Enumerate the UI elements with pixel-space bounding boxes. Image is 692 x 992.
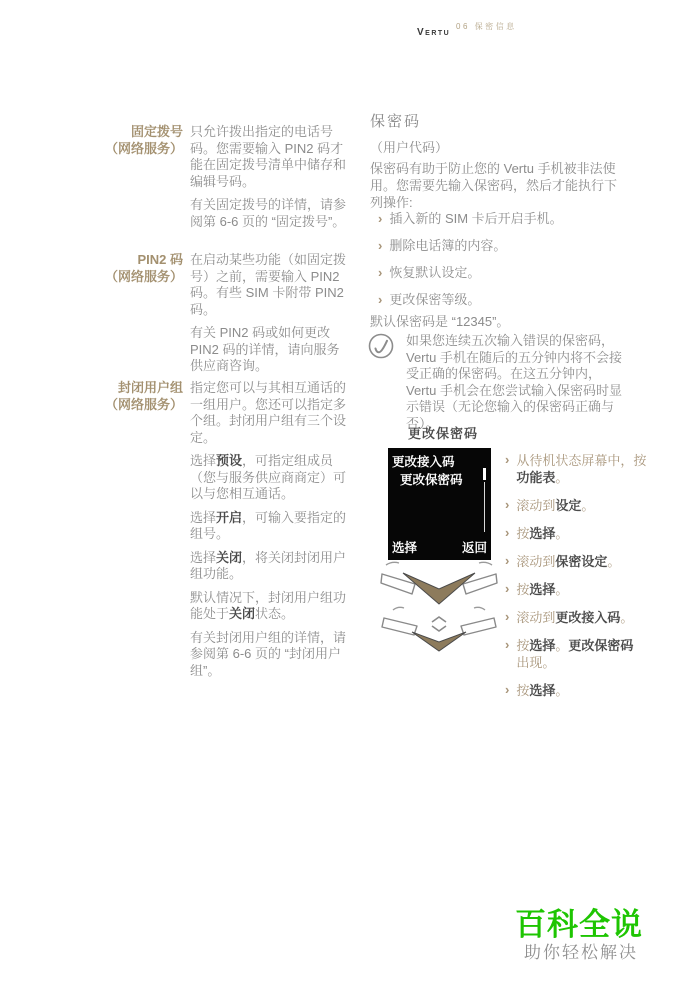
step-item: › 滚动到设定。	[505, 497, 680, 514]
step-bullet-icon: ›	[505, 553, 509, 570]
subsection-title-change-security-code: 更改保密码	[408, 423, 478, 442]
step-item: › 滚动到保密设定。	[505, 553, 680, 570]
step-item: › 按选择。更改保密码出现。	[505, 637, 680, 671]
step-text: 按选择。	[516, 682, 676, 699]
softkey-back-label: 返回	[462, 538, 487, 556]
bullet-arrow-icon: ›	[378, 292, 382, 308]
scrollbar-track	[484, 482, 485, 532]
note-pen-icon	[368, 333, 394, 432]
row-label-line1: PIN2 码	[85, 252, 183, 269]
step-bullet-icon: ›	[505, 452, 509, 486]
step-bullet-icon: ›	[505, 525, 509, 542]
paragraph: 在启动某些功能（如固定拨号）之前，需要输入 PIN2 码。有些 SIM 卡附带 …	[190, 252, 348, 318]
screen-scrollbar	[483, 468, 486, 532]
softkey-select-label: 选择	[392, 538, 417, 556]
paragraph: 有关封闭用户组的详情，请参阅第 6-6 页的 “封闭用户组”。	[190, 630, 348, 680]
list-item-text: 恢复默认设定。	[389, 265, 480, 281]
paragraph: 只允许拨出指定的电话号码。您需要输入 PIN2 码才能在固定拨号清单中储存和编辑…	[190, 124, 348, 190]
paragraph: 选择开启，可输入要指定的组号。	[190, 510, 348, 543]
section-title-security-code: 保密码	[370, 110, 421, 131]
step-text: 按选择。	[516, 581, 676, 598]
list-item-text: 删除电话簿的内容。	[389, 238, 506, 254]
watermark-slogan: 助你轻松解决	[524, 938, 638, 963]
navigation-keys-illustration	[379, 558, 499, 652]
paragraph: 有关 PIN2 码或如何更改 PIN2 码的详情，请向服务供应商咨询。	[190, 325, 348, 375]
screen-menu-item: 更改保密码	[400, 470, 463, 488]
row-label-line2: （网络服务）	[85, 397, 183, 414]
bullet-list: › 插入新的 SIM 卡后开启手机。 › 删除电话簿的内容。 › 恢复默认设定。…	[378, 211, 628, 319]
row-label-line1: 固定拨号	[85, 124, 183, 141]
intro-paragraph: 保密码有助于防止您的 Vertu 手机被非法使用。您需要先输入保密码，然后才能执…	[370, 160, 628, 211]
row-label-line2: （网络服务）	[85, 141, 183, 158]
page-header-label: 06 保密信息	[456, 21, 517, 32]
step-text: 按选择。更改保密码出现。	[516, 637, 676, 671]
list-item-text: 插入新的 SIM 卡后开启手机。	[389, 211, 562, 227]
step-item: › 按选择。	[505, 682, 680, 699]
brand-logo: Vertu	[417, 27, 450, 38]
row-label-pin2-code: PIN2 码 （网络服务）	[85, 252, 183, 285]
list-item: › 更改保密等级。	[378, 292, 628, 308]
steps-list: › 从待机状态屏幕中，按功能表。 › 滚动到设定。 › 按选择。 › 滚动到保密…	[505, 452, 680, 710]
list-item: › 插入新的 SIM 卡后开启手机。	[378, 211, 628, 227]
step-bullet-icon: ›	[505, 682, 509, 699]
bullet-arrow-icon: ›	[378, 265, 382, 281]
screen-title: 更改接入码	[392, 452, 455, 470]
step-text: 按选择。	[516, 525, 676, 542]
row-label-closed-user-group: 封闭用户组 （网络服务）	[85, 380, 183, 413]
paragraph: 指定您可以与其相互通话的一组用户。您还可以指定多个组。封闭用户组有三个设定。	[190, 380, 348, 446]
row-body-fixed-dialing: 只允许拨出指定的电话号码。您需要输入 PIN2 码才能在固定拨号清单中储存和编辑…	[190, 124, 348, 237]
scrollbar-thumb	[483, 468, 486, 480]
row-body-closed-user-group: 指定您可以与其相互通话的一组用户。您还可以指定多个组。封闭用户组有三个设定。 选…	[190, 380, 348, 686]
step-text: 滚动到更改接入码。	[516, 609, 676, 626]
step-bullet-icon: ›	[505, 581, 509, 598]
step-bullet-icon: ›	[505, 497, 509, 514]
note-text: 如果您连续五次输入错误的保密码， Vertu 手机在随后的五分钟内将不会接受正确…	[406, 333, 624, 432]
paragraph: 选择关闭，将关闭封闭用户组功能。	[190, 550, 348, 583]
paragraph: 有关固定拨号的详情，请参阅第 6-6 页的 “固定拨号”。	[190, 197, 348, 230]
bullet-arrow-icon: ›	[378, 211, 382, 227]
screen-softkeys: 选择 返回	[392, 538, 487, 556]
step-text: 滚动到设定。	[516, 497, 676, 514]
step-text: 滚动到保密设定。	[516, 553, 676, 570]
step-bullet-icon: ›	[505, 609, 509, 626]
row-label-line2: （网络服务）	[85, 269, 183, 286]
step-text: 从待机状态屏幕中，按功能表。	[516, 452, 676, 486]
paragraph: 选择预设，可指定组成员（您与服务供应商商定）可以与您相互通话。	[190, 453, 348, 503]
note-block: 如果您连续五次输入错误的保密码， Vertu 手机在随后的五分钟内将不会接受正确…	[368, 333, 624, 432]
step-item: › 按选择。	[505, 581, 680, 598]
row-body-pin2-code: 在启动某些功能（如固定拨号）之前，需要输入 PIN2 码。有些 SIM 卡附带 …	[190, 252, 348, 382]
bullet-arrow-icon: ›	[378, 238, 382, 254]
row-label-line1: 封闭用户组	[85, 380, 183, 397]
manual-page: Vertu 06 保密信息 固定拨号 （网络服务） 只允许拨出指定的电话号码。您…	[0, 0, 692, 992]
default-code-line: 默认保密码是 “12345”。	[370, 311, 509, 330]
step-item: › 按选择。	[505, 525, 680, 542]
step-item: › 从待机状态屏幕中，按功能表。	[505, 452, 680, 486]
list-item: › 删除电话簿的内容。	[378, 238, 628, 254]
list-item: › 恢复默认设定。	[378, 265, 628, 281]
section-subtitle-user-code: （用户代码）	[370, 137, 448, 156]
list-item-text: 更改保密等级。	[389, 292, 480, 308]
step-item: › 滚动到更改接入码。	[505, 609, 680, 626]
paragraph: 默认情况下，封闭用户组功能处于关闭状态。	[190, 590, 348, 623]
phone-screen-illustration: 更改接入码 更改保密码 选择 返回	[388, 448, 491, 560]
step-bullet-icon: ›	[505, 637, 509, 671]
row-label-fixed-dialing: 固定拨号 （网络服务）	[85, 124, 183, 157]
